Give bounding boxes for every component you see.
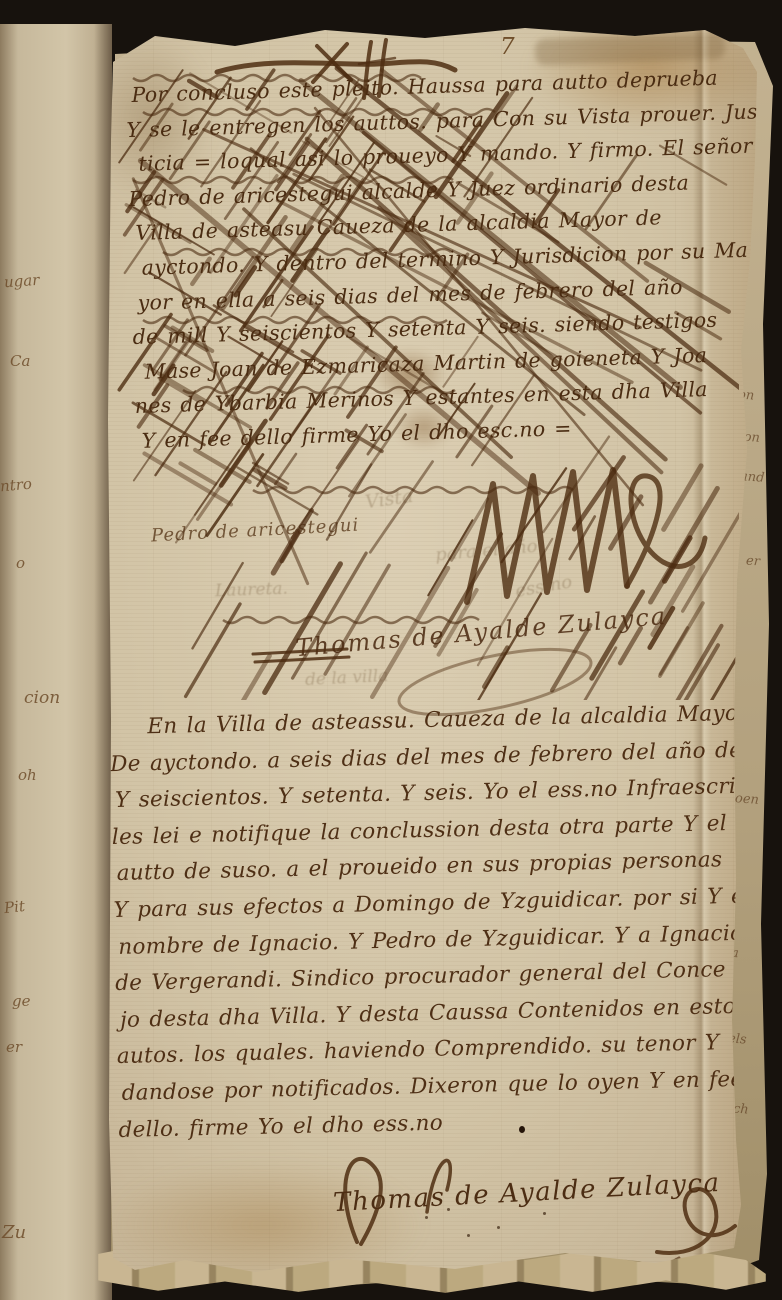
margin-fragment: Zu bbox=[2, 1222, 26, 1243]
margin-fragment: oh bbox=[18, 766, 37, 784]
manuscript-page: 7 Vista para el año Laureta. ess no de l… bbox=[95, 20, 762, 1282]
page-number: 7 bbox=[500, 34, 515, 60]
ink-speckle bbox=[447, 1208, 450, 1211]
ink-speckle bbox=[497, 1226, 500, 1229]
margin-fragment: ge bbox=[12, 992, 30, 1010]
margin-fragment: ntro bbox=[0, 475, 33, 496]
struck-paragraph: Por concluso este pleito. Haussa para au… bbox=[131, 60, 742, 458]
margin-fragment: oen bbox=[735, 791, 760, 808]
ink-speckle bbox=[543, 1212, 546, 1215]
ink-speckle bbox=[467, 1234, 470, 1237]
ink-speckle bbox=[425, 1216, 428, 1219]
margin-fragment: ugar bbox=[3, 271, 40, 291]
margin-fragment: er bbox=[745, 554, 760, 570]
ink-blot bbox=[519, 1126, 525, 1133]
left-page-edge: ugar Ca ntro o cion oh Pit ge er Zu bbox=[0, 24, 112, 1300]
showthrough-mark: Laureta. bbox=[215, 579, 289, 602]
margin-fragment: cion bbox=[24, 688, 60, 708]
margin-fragment: Ca bbox=[10, 352, 30, 370]
margin-fragment: o bbox=[16, 554, 25, 572]
margin-fragment: Pit bbox=[3, 897, 26, 917]
margin-fragment: er bbox=[6, 1038, 22, 1056]
manuscript-scan: ugar Ca ntro o cion oh Pit ge er Zu on e… bbox=[0, 0, 782, 1300]
notification-paragraph: En la Villa de asteassu. Caueza de la al… bbox=[113, 696, 745, 1149]
